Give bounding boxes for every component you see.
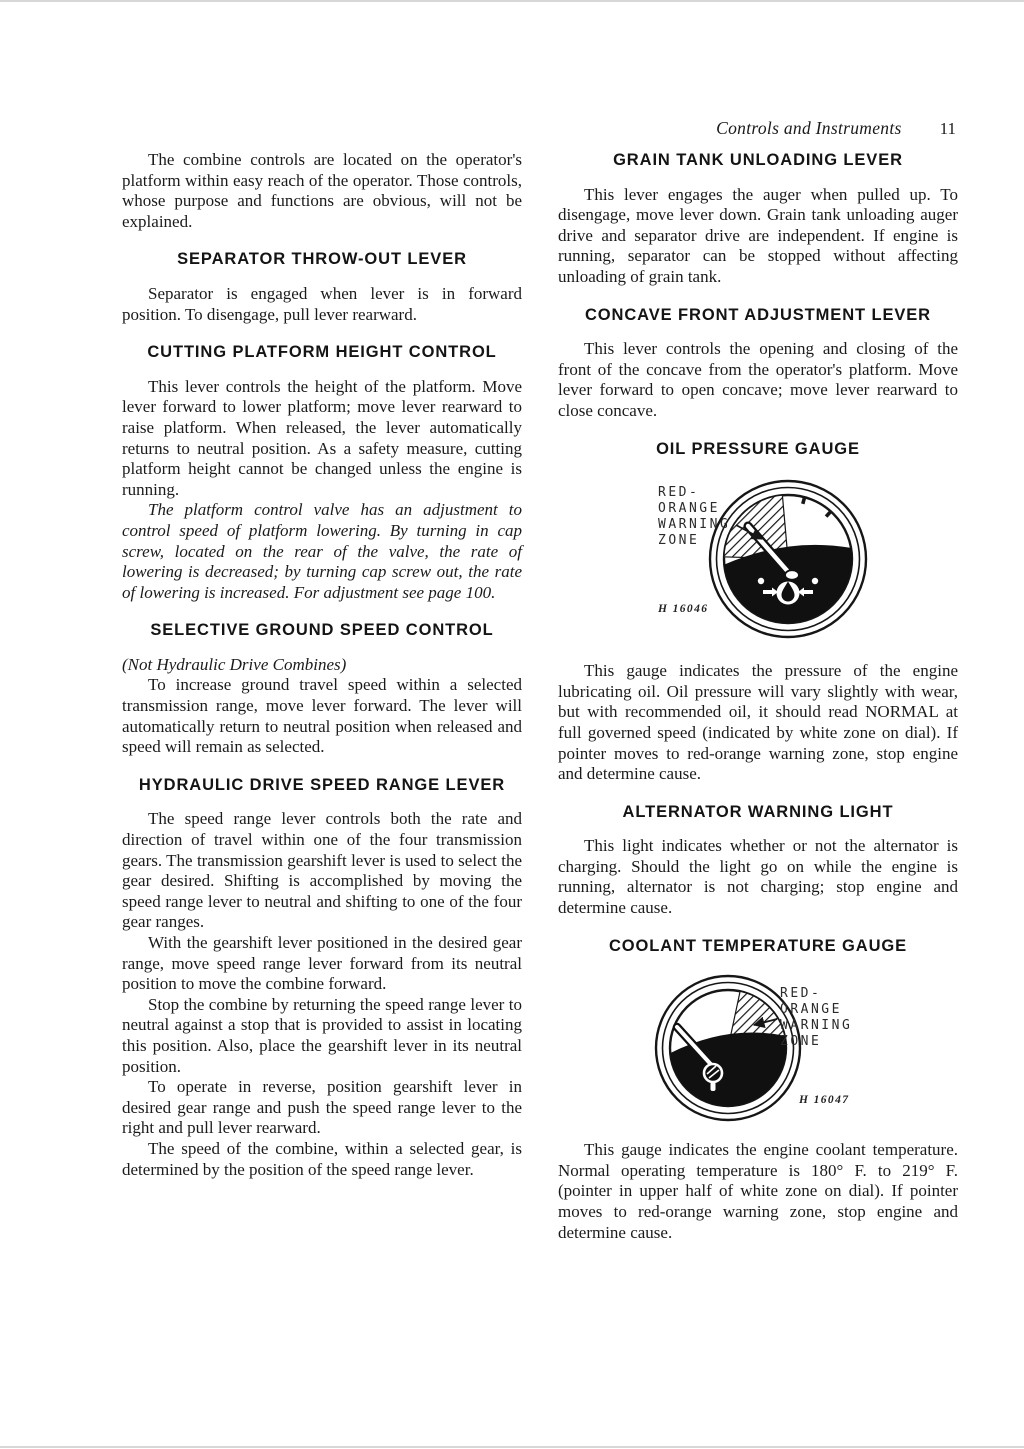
grain-tank-paragraph: This lever engages the auger when pulled… [558,185,958,288]
warning-zone-label: RED- ORANGE WARNING ZONE [780,986,852,1050]
hydraulic-paragraph-4: To operate in reverse, position gearshif… [122,1077,522,1139]
coolant-paragraph: This gauge indicates the engine coolant … [558,1140,958,1243]
hydraulic-paragraph-1: The speed range lever controls both the … [122,809,522,933]
right-column: GRAIN TANK UNLOADING LEVER This lever en… [558,150,958,1243]
hydraulic-paragraph-3: Stop the combine by returning the speed … [122,995,522,1077]
platform-height-paragraph: This lever controls the height of the pl… [122,377,522,501]
coolant-temperature-gauge-illustration [558,970,958,1130]
ground-speed-applicability-note: (Not Hydraulic Drive Combines) [122,655,522,676]
running-header: Controls and Instruments 11 [558,118,956,139]
figure-code: H 16046 [658,599,708,620]
separator-paragraph: Separator is engaged when lever is in fo… [122,284,522,325]
heading-concave-front-adjustment-lever: CONCAVE FRONT ADJUSTMENT LEVER [558,305,958,326]
figure-code: H 16047 [799,1090,849,1111]
heading-separator-throw-out-lever: SEPARATOR THROW-OUT LEVER [122,249,522,270]
coolant-temperature-gauge-figure: RED- ORANGE WARNING ZONE H 16047 [558,970,958,1130]
intro-paragraph: The combine controls are located on the … [122,150,522,232]
hydraulic-paragraph-5: The speed of the combine, within a selec… [122,1139,522,1180]
heading-selective-ground-speed-control: SELECTIVE GROUND SPEED CONTROL [122,620,522,641]
concave-paragraph: This lever controls the opening and clos… [558,339,958,421]
hydraulic-paragraph-2: With the gearshift lever positioned in t… [122,933,522,995]
heading-grain-tank-unloading-lever: GRAIN TANK UNLOADING LEVER [558,150,958,171]
alternator-paragraph: This light indicates whether or not the … [558,836,958,918]
page-number: 11 [940,119,956,139]
oil-pressure-paragraph: This gauge indicates the pressure of the… [558,661,958,785]
oil-pressure-gauge-illustration [558,473,958,651]
scan-artifact-top [0,0,1024,2]
oil-pressure-gauge-figure: RED- ORANGE WARNING ZONE H 16046 [558,473,958,651]
warning-zone-label: RED- ORANGE WARNING ZONE [658,485,730,549]
ground-speed-paragraph: To increase ground travel speed within a… [122,675,522,757]
heading-alternator-warning-light: ALTERNATOR WARNING LIGHT [558,802,958,823]
left-column: The combine controls are located on the … [122,150,522,1180]
running-title: Controls and Instruments [716,118,901,139]
heading-hydraulic-drive-speed-range-lever: HYDRAULIC DRIVE SPEED RANGE LEVER [122,775,522,796]
heading-oil-pressure-gauge: OIL PRESSURE GAUGE [558,439,958,460]
heading-cutting-platform-height-control: CUTTING PLATFORM HEIGHT CONTROL [122,342,522,363]
platform-adjustment-note: The platform control valve has an adjust… [122,500,522,603]
heading-coolant-temperature-gauge: COOLANT TEMPERATURE GAUGE [558,936,958,957]
scan-artifact-bottom [0,1446,1024,1448]
